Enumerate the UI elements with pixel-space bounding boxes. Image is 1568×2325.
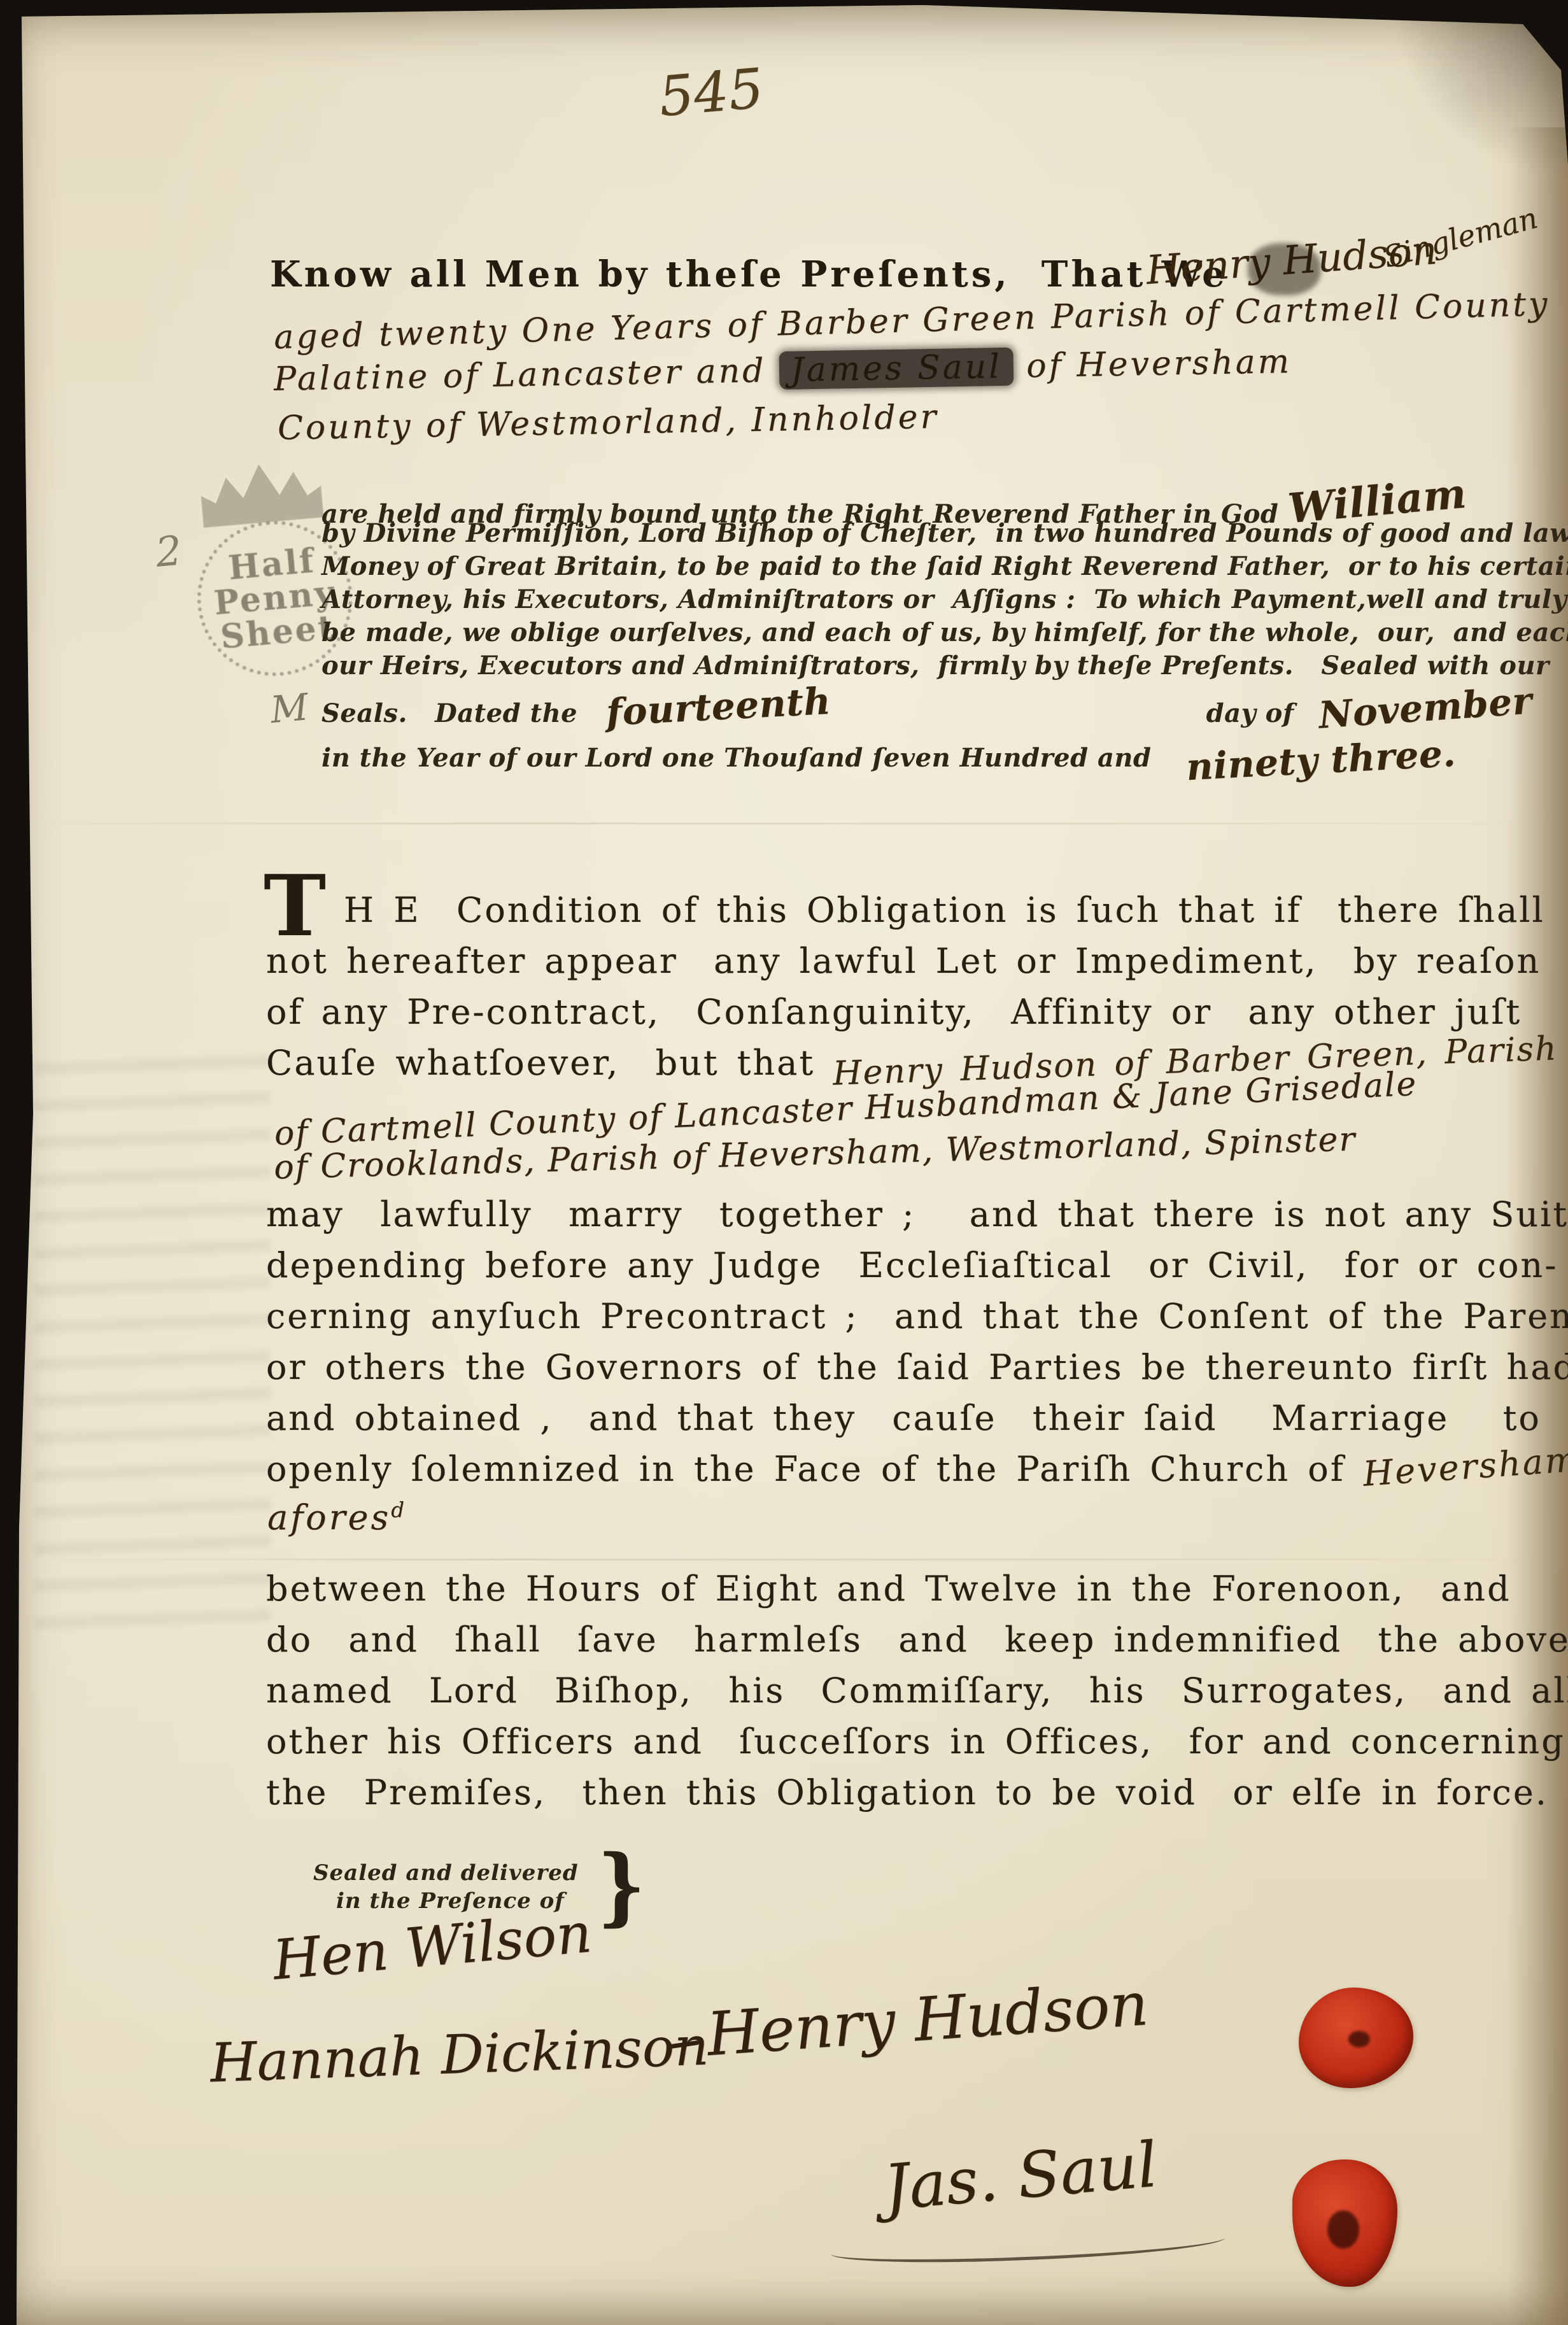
closing-line-2: do and ſhall ſave harmleſs and keep inde…: [266, 1620, 1568, 1660]
attestation-line-1: Sealed and delivered: [313, 1860, 579, 1886]
condition-line-8: depending before any Judge Eccleſiaſtica…: [266, 1245, 1558, 1285]
handwritten-pre: Palatine of Lancaster and: [274, 351, 780, 399]
bond-line-7-pre: Seals. Dated the: [321, 698, 587, 728]
opening-printed-text: Know all Men by theſe Preſents, That We: [270, 253, 1228, 295]
dropcap-T: T: [264, 865, 326, 949]
bond-line-7: Seals. Dated the fourteenthday of Novemb…: [321, 688, 1532, 731]
aforesaid-text: afores: [267, 1497, 391, 1537]
wax-seal-2: [1292, 2159, 1397, 2287]
condition-line-3: of any Pre-contract, Conſanguinity, Affi…: [266, 992, 1522, 1032]
bond-day-handwritten: fourteenth: [605, 679, 831, 734]
handwritten-post: of Heversham: [1013, 343, 1292, 386]
struck-out-name: James Saul: [779, 348, 1014, 390]
bond-line-8: in the Year of our Lord one Thouſand ſev…: [321, 732, 1456, 775]
paper-sheet: 545 Know all Men by theſe Preſents, That…: [0, 0, 1568, 2325]
signature-flourish: [830, 2224, 1225, 2267]
fold-crease: [0, 823, 1568, 824]
condition-line-4-pre: Cauſe whatſoever, but that: [266, 1043, 833, 1083]
condition-line-12: openly ſolemnized in the Face of the Par…: [266, 1449, 1568, 1489]
bond-line-6: our Heirs, Executors and Adminiſtrators,…: [321, 651, 1550, 681]
condition-line-1: H E Condition of this Obligation is ſuch…: [344, 890, 1545, 930]
aforesaid-superscript: d: [391, 1498, 407, 1522]
handwritten-line-occupation: County of Westmorland, Innholder: [278, 398, 939, 448]
condition-line-12-pre: openly ſolemnized in the Face of the Par…: [266, 1449, 1363, 1489]
seal-impression: [1327, 2210, 1359, 2249]
bond-month-handwritten: November: [1317, 679, 1534, 737]
closing-line-1: between the Hours of Eight and Twelve in…: [266, 1569, 1511, 1609]
handwritten-line-age-abode: aged twenty One Years of Barber Green Pa…: [274, 285, 1551, 357]
closing-line-4: other his Officers and ſucceſſors in Off…: [266, 1721, 1565, 1762]
crown-icon: [199, 459, 324, 528]
page-number: 545: [656, 57, 766, 129]
condition-line-11: and obtained , and that they cauſe their…: [266, 1398, 1568, 1438]
bond-line-4: Attorney, his Executors, Adminiſtrators …: [321, 584, 1568, 614]
stamp-letter-m: M: [269, 685, 310, 731]
document-scan: 545 Know all Men by theſe Preſents, That…: [0, 0, 1568, 2325]
party-signature-hudson: Henry Hudson: [705, 1970, 1150, 2070]
party-signature-saul: Jas. Saul: [881, 2128, 1161, 2224]
wax-seal-1: [1299, 1988, 1413, 2088]
stamp-numeral: 2: [154, 528, 184, 577]
bond-year-handwritten: ninety three.: [1185, 731, 1457, 789]
bond-line-7-mid: day of: [1206, 698, 1303, 728]
witness-signature-1: Hen Wilson: [271, 1901, 595, 1992]
bond-line-2: by Divine Permiſſion, Lord Biſhop of Che…: [321, 518, 1568, 548]
aforesaid-handwritten: aforesd: [267, 1497, 407, 1537]
seal-impression: [1348, 2031, 1370, 2047]
ink-bleed-through: [35, 1038, 271, 1630]
bond-line-5: be made, we oblige ourſelves, and each o…: [321, 618, 1568, 647]
bond-line-8-text: in the Year of our Lord one Thouſand ſev…: [321, 743, 1161, 773]
condition-line-9: cerning anyſuch Precontract ; and that t…: [266, 1296, 1568, 1336]
condition-line-10: or others the Governors of the ſaid Part…: [266, 1347, 1568, 1387]
bond-line-3: Money of Great Britain, to be paid to th…: [321, 551, 1568, 581]
condition-line-7: may lawfully marry together ; and that t…: [266, 1194, 1568, 1234]
ink-blot: [1248, 243, 1321, 295]
corner-curl-shadow: [1390, 0, 1568, 178]
stamp-word-3: Sheet: [219, 611, 336, 654]
condition-line-2: not hereafter appear any lawful Let or I…: [266, 941, 1541, 981]
attestation-brace: }: [597, 1836, 646, 1935]
closing-line-5: the Premiſes, then this Obligation to be…: [266, 1772, 1548, 1813]
closing-line-3: named Lord Biſhop, his Commiſſary, his S…: [266, 1671, 1568, 1711]
witness-signature-2: Hannah Dickinson: [209, 2014, 710, 2094]
church-handwritten: Heversham: [1362, 1439, 1568, 1494]
